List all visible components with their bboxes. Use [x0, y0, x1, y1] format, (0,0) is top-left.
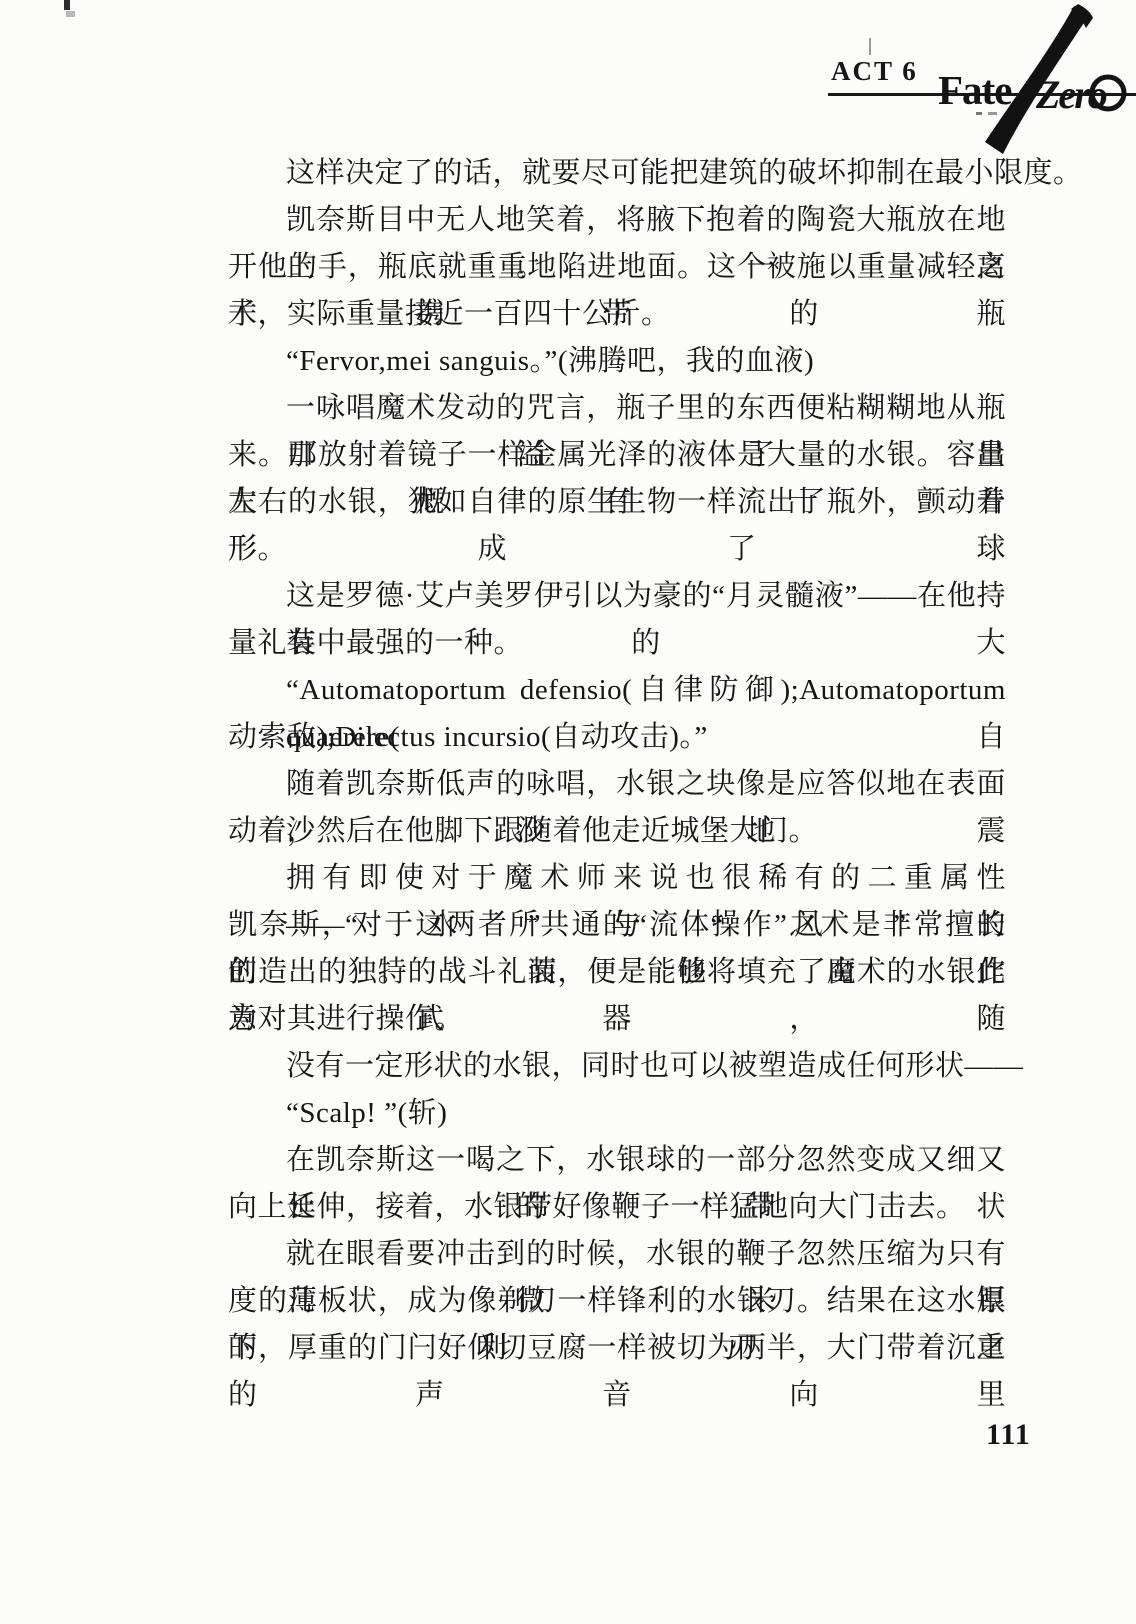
- text-line: 随着凯奈斯低声的咏唱，水银之块像是应答似地在表面沙沙地震: [228, 761, 1006, 808]
- logo-subtext-mark: [988, 112, 997, 115]
- text-line: “Fervor,mei sanguis。”(沸腾吧，我的血液): [228, 338, 1006, 385]
- fate-zero-logo: Fate Zero: [928, 4, 1136, 156]
- scan-speck: [66, 11, 75, 17]
- scan-speck: [64, 0, 70, 10]
- body-text: 这样决定了的话，就要尽可能把建筑的破坏抑制在最小限度。 凯奈斯目中无人地笑着，将…: [228, 150, 1006, 1372]
- text-line: 就在眼看要冲击到的时候，水银的鞭子忽然压缩为只有几微米厚: [228, 1231, 1006, 1278]
- text-line: 下，厚重的门闩好似切豆腐一样被切为两半，大门带着沉重的声音向里: [228, 1325, 1006, 1372]
- logo-fate-text: Fate: [938, 67, 1012, 113]
- text-line: 在凯奈斯这一喝之下，水银球的一部分忽然变成又细又长的带状: [228, 1137, 1006, 1184]
- book-page-scan: ACT 6 Fate Zero 这样决定了的话，就要尽可能把建筑的破坏抑制在最小…: [0, 0, 1136, 1624]
- logo-subtext-mark: [976, 112, 982, 115]
- text-line: “Scalp! ”(斩): [228, 1090, 1006, 1137]
- text-line: 拥有即使对于魔术师来说也很稀有的二重属性——“水”与“风”的: [228, 855, 1006, 902]
- text-line: “Automatoportum defensio(自律防御);Automatop…: [228, 667, 1006, 714]
- text-line: 凯奈斯目中无人地笑着，将腋下抱着的陶瓷大瓶放在地上。一离: [228, 197, 1006, 244]
- text-line: 没有一定形状的水银，同时也可以被塑造成任何形状——: [228, 1043, 1006, 1090]
- text-line: 一咏唱魔术发动的咒言，瓶子里的东西便粘糊糊地从瓶口溢了出: [228, 385, 1006, 432]
- text-line: 开他的手，瓶底就重重地陷进地面。这个被施以重量减轻之术携带的瓶: [228, 244, 1006, 291]
- text-line: 创造出的独特的战斗礼装，便是能够将填充了魔术的水银作为武器，随: [228, 949, 1006, 996]
- text-line: 度的薄板状，成为像剃刀一样锋利的水银刃。结果在这水银的利刃之: [228, 1278, 1006, 1325]
- text-line: 这样决定了的话，就要尽可能把建筑的破坏抑制在最小限度。: [228, 150, 1006, 197]
- logo-zero-text: Zero: [1035, 72, 1107, 117]
- text-line: 左右的水银，犹如自律的原生生物一样流出了瓶外，颤动着形成了球: [228, 479, 1006, 526]
- act-heading: ACT 6: [831, 56, 918, 87]
- scan-mark: [869, 38, 871, 55]
- text-line: 凯奈斯，对于这两者所共通的“流体操作”之术是非常擅长的。而他由此: [228, 902, 1006, 949]
- page-number: 111: [986, 1418, 1031, 1452]
- text-line: 向上延伸，接着，水银带好像鞭子一样猛地向大门击去。: [228, 1184, 1006, 1231]
- text-line: 来。那放射着镜子一样金属光泽的液体是大量的水银。容量大概有十升: [228, 432, 1006, 479]
- text-line: 这是罗德·艾卢美罗伊引以为豪的“月灵髓液”——在他持有的大: [228, 573, 1006, 620]
